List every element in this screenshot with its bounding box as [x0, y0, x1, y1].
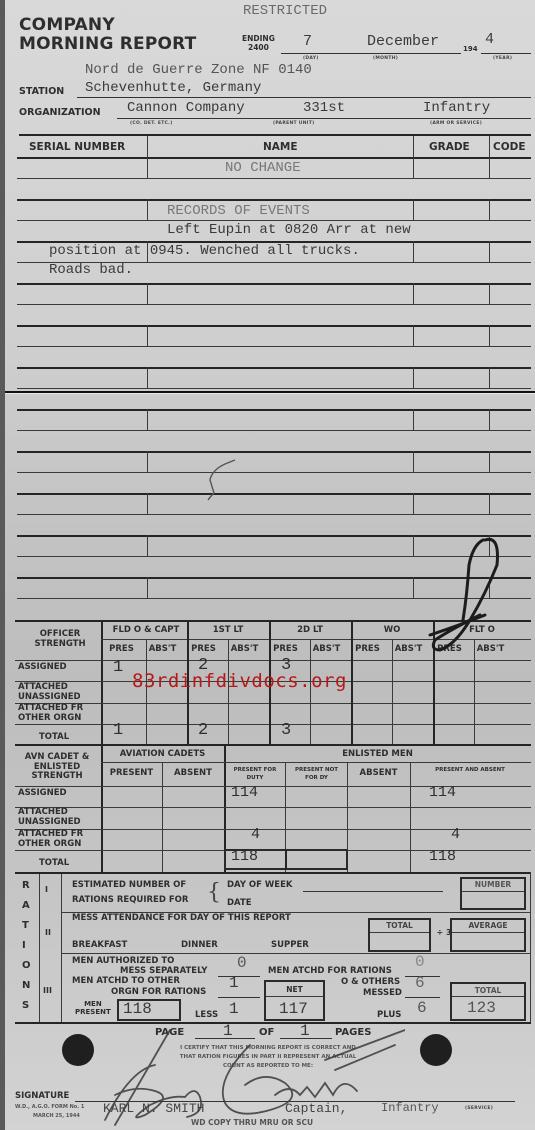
rations-side-letter: N — [22, 980, 30, 991]
ending-label-2: 2400 — [242, 43, 275, 52]
enlisted-assigned-pfd: 114 — [231, 784, 258, 801]
org-caption-parent: (PARENT UNIT) — [273, 121, 315, 126]
authorized-value: 0 — [237, 954, 247, 972]
rations-side-letter: R — [22, 880, 30, 891]
number-box-label: NUMBER — [460, 880, 526, 889]
col-avn-absent: ABSENT — [162, 769, 224, 779]
officer-subheader-absent: ABS'T — [306, 645, 347, 655]
officer-assigned-fld-pres: 1 — [113, 658, 123, 677]
station-label: STATION — [19, 86, 64, 97]
officer-total-fld-pres: 1 — [113, 721, 123, 740]
atchd-other-value: 1 — [229, 974, 239, 992]
average-label: AVERAGE — [450, 921, 526, 930]
group-fld-o-capt: FLD O & CAPT — [105, 626, 187, 636]
atchd-rations-label: MEN ATCHD FOR RATIONS — [268, 967, 392, 977]
atchd-other-label-1: MEN ATCHD TO OTHER — [72, 977, 180, 987]
form-title-line-2: MORNING REPORT — [19, 35, 196, 54]
officer-subheader-present: PRES — [429, 645, 470, 655]
ending-label-1: ENDING — [242, 34, 275, 43]
event-line-1: Left Eupin at 0820 Arr at new — [167, 222, 411, 238]
enlisted-row-total: TOTAL — [39, 859, 69, 869]
signer-name: KARL N. SMITH — [103, 1101, 204, 1116]
enlisted-strength-label: AVN CADET & ENLISTED STRENGTH — [19, 753, 95, 782]
mess-attendance-label: MESS ATTENDANCE FOR DAY OF THIS REPORT — [72, 914, 291, 924]
event-line-2: position at 0945. Wenched all trucks. — [49, 243, 360, 259]
mess-total-label: TOTAL — [368, 921, 431, 930]
section-ii-numeral: II — [45, 928, 51, 937]
map-location: Nord de Guerre Zone NF 0140 — [85, 62, 312, 78]
header-grade: GRADE — [429, 141, 470, 153]
punch-hole-right — [420, 1034, 452, 1066]
officer-subheader-absent: ABS'T — [224, 645, 265, 655]
enlisted-total-grand: 118 — [429, 848, 456, 865]
enlisted-assigned-total: 114 — [429, 784, 456, 801]
certify-line-1: I CERTIFY THAT THIS MORNING REPORT IS CO… — [143, 1044, 393, 1053]
station-value: Schevenhutte, Germany — [85, 80, 261, 96]
signer-rank: Captain, — [285, 1101, 347, 1116]
rations-side-letter: I — [22, 940, 26, 951]
report-day: 7 — [303, 33, 312, 50]
others-label-1: O & OTHERS — [341, 978, 400, 988]
signer-branch: Infantry — [381, 1101, 439, 1115]
men-present-label-2: PRESENT — [75, 1008, 111, 1016]
report-month: December — [367, 33, 439, 50]
enlisted-row-attached-unassigned: ATTACHED UNASSIGNED — [18, 808, 88, 827]
event-line-3: Roads bad. — [49, 262, 133, 278]
org-caption-co: (CO. DET. ETC.) — [130, 121, 173, 126]
officer-total-2lt-pres: 3 — [281, 721, 291, 740]
officer-subheader-absent: ABS'T — [388, 645, 429, 655]
org-caption-arm: (ARM OR SERVICE) — [430, 121, 482, 126]
year-caption: (YEAR) — [493, 56, 512, 61]
form-id-line-2: MARCH 25, 1944 — [33, 1113, 80, 1119]
section-i-numeral: I — [45, 885, 48, 894]
organization-arm: Infantry — [423, 100, 490, 116]
others-label-2: MESSED — [363, 989, 402, 999]
supper-label: SUPPER — [271, 941, 309, 951]
punch-hole-left — [62, 1034, 94, 1066]
enlisted-attached-total: 4 — [451, 826, 460, 843]
copy-note: WD COPY THRU MRU OR SCU — [191, 1118, 313, 1127]
men-present-label-1: MEN — [75, 1000, 111, 1008]
col-present-and-absent: PRESENT AND ABSENT — [425, 766, 515, 774]
form-id-line-1: W.D., A.G.O. FORM No. 1 — [15, 1104, 84, 1110]
dinner-label: DINNER — [181, 941, 218, 951]
officer-subheader-present: PRES — [101, 645, 142, 655]
col-avn-present: PRESENT — [101, 769, 162, 779]
rations-side-letter: A — [22, 900, 30, 911]
net-value: 117 — [279, 1000, 308, 1018]
of-label: OF — [259, 1027, 274, 1038]
page-label: PAGE — [155, 1027, 184, 1038]
plus-value: 6 — [417, 999, 427, 1017]
brace-icon: { — [207, 880, 221, 905]
others-value: 6 — [415, 974, 425, 992]
estimated-rations-label-1: ESTIMATED NUMBER OF — [72, 881, 186, 891]
ledger-entry-records-of-events: RECORDS OF EVENTS — [167, 203, 310, 219]
day-of-week-label: DAY OF WEEK — [227, 881, 293, 891]
signature-label: SIGNATURE — [15, 1091, 69, 1101]
rations-total-label: TOTAL — [450, 986, 526, 995]
rations-side-letter: T — [22, 920, 29, 931]
enlisted-total-pfd: 118 — [231, 848, 258, 865]
enlisted-men-header: ENLISTED MEN — [224, 750, 531, 760]
organization-unit: Cannon Company — [127, 100, 245, 116]
month-caption: (MONTH) — [373, 56, 398, 61]
watermark: 83rdinfdivdocs.org — [132, 670, 347, 692]
restricted-stamp: RESTRICTED — [243, 3, 327, 19]
officer-subheader-present: PRES — [265, 645, 306, 655]
year-prefix: 194 — [463, 45, 478, 53]
plus-label: PLUS — [377, 1011, 401, 1021]
certification-text: I CERTIFY THAT THIS MORNING REPORT IS CO… — [143, 1044, 393, 1071]
less-label: LESS — [195, 1011, 218, 1021]
section-iii-numeral: III — [43, 986, 52, 995]
day-caption: (DAY) — [303, 56, 319, 61]
officer-subheader-absent: ABS'T — [470, 645, 511, 655]
initial-flourish — [425, 535, 515, 655]
col-present-not-for-duty: PRESENT NOT FOR DY — [288, 766, 345, 782]
organization-label: ORGANIZATION — [19, 107, 101, 118]
col-em-absent: ABSENT — [347, 769, 410, 779]
less-value: 1 — [229, 1000, 239, 1018]
certify-line-3: COUNT AS REPORTED TO ME: — [143, 1062, 393, 1071]
ledger-entry-no-change: NO CHANGE — [225, 160, 301, 176]
ending-label: ENDING 2400 — [242, 34, 275, 52]
group-flt-o: FLT O — [433, 626, 531, 636]
officer-row-assigned: ASSIGNED — [18, 663, 67, 673]
rations-total-value: 123 — [467, 999, 496, 1017]
men-present-value: 118 — [123, 1000, 152, 1018]
enlisted-row-attached-other: ATTACHED FR OTHER ORGN — [18, 830, 88, 849]
service-caption: (SERVICE) — [465, 1106, 493, 1111]
net-label: NET — [264, 985, 325, 994]
officer-total-1lt-pres: 2 — [198, 721, 208, 740]
officer-subheader-absent: ABS'T — [142, 645, 183, 655]
officer-row-total: TOTAL — [39, 733, 69, 743]
header-name: NAME — [263, 141, 298, 153]
morning-report-page: RESTRICTED COMPANY MORNING REPORT ENDING… — [0, 0, 535, 1130]
form-title: COMPANY MORNING REPORT — [19, 16, 196, 54]
form-title-line-1: COMPANY — [19, 16, 196, 35]
officer-subheader-present: PRES — [183, 645, 224, 655]
enlisted-row-assigned: ASSIGNED — [18, 789, 67, 799]
officer-subheader-present: PRES — [347, 645, 388, 655]
officer-strength-label: OFFICER STRENGTH — [27, 630, 93, 649]
group-2d-lt: 2D LT — [269, 626, 351, 636]
enlisted-attached-pfd: 4 — [251, 826, 260, 843]
group-wo: WO — [351, 626, 433, 636]
header-code: CODE — [493, 141, 526, 153]
stray-pencil-mark — [200, 455, 240, 505]
rations-side-letter: S — [22, 1000, 29, 1011]
pages-total-value: 1 — [300, 1022, 310, 1040]
officer-row-attached-unassigned: ATTACHED UNASSIGNED — [18, 683, 88, 702]
officer-row-attached-other: ATTACHED FR OTHER ORGN — [18, 704, 88, 723]
men-present-label: MEN PRESENT — [75, 1000, 111, 1016]
rations-side-letter: O — [22, 960, 31, 971]
breakfast-label: BREAKFAST — [72, 941, 127, 951]
atchd-rations-value: 0 — [415, 953, 425, 971]
page-value: 1 — [223, 1022, 233, 1040]
organization-parent: 331st — [303, 100, 345, 116]
group-1st-lt: 1ST LT — [187, 626, 269, 636]
pages-label: PAGES — [335, 1027, 371, 1038]
certify-line-2: THAT RATION FIGURES IN PART II REPRESENT… — [143, 1053, 393, 1062]
col-present-for-duty: PRESENT FOR DUTY — [227, 766, 283, 782]
atchd-other-label-2: ORGN FOR RATIONS — [111, 988, 206, 998]
header-serial-number: SERIAL NUMBER — [29, 141, 125, 153]
estimated-rations-label-2: RATIONS REQUIRED FOR — [72, 896, 188, 906]
aviation-cadets-header: AVIATION CADETS — [101, 750, 224, 760]
date-label: DATE — [227, 899, 252, 909]
report-year-suffix: 4 — [485, 31, 494, 48]
